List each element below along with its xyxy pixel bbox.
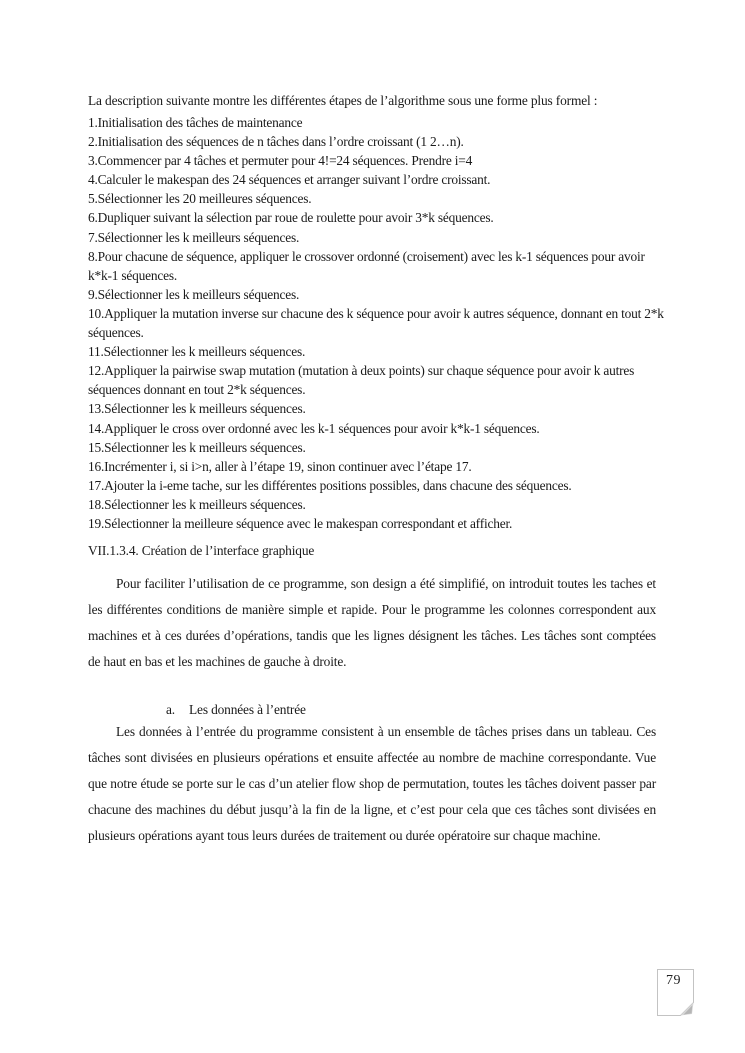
step-item: 2.Initialisation des séquences de n tâch…	[88, 132, 666, 151]
subsection-heading: a.Les données à l’entrée	[88, 701, 656, 719]
intro-paragraph: La description suivante montre les diffé…	[88, 88, 656, 113]
step-item: 7.Sélectionner les k meilleurs séquences…	[88, 228, 666, 247]
step-item: 18.Sélectionner les k meilleurs séquence…	[88, 495, 666, 514]
step-item: 4.Calculer le makespan des 24 séquences …	[88, 170, 666, 189]
step-item: 10.Appliquer la mutation inverse sur cha…	[88, 304, 666, 342]
input-data-paragraph: Les données à l’entrée du programme cons…	[88, 719, 656, 849]
algorithm-steps-list: 1.Initialisation des tâches de maintenan…	[88, 113, 666, 533]
step-item: 12.Appliquer la pairwise swap mutation (…	[88, 361, 666, 399]
page-number: 79	[657, 973, 690, 989]
step-item: 6.Dupliquer suivant la sélection par rou…	[88, 208, 666, 227]
step-item: 8.Pour chacune de séquence, appliquer le…	[88, 247, 666, 285]
subsection-title: Les données à l’entrée	[189, 702, 306, 717]
page-content: La description suivante montre les diffé…	[88, 88, 656, 849]
step-item: 13.Sélectionner les k meilleurs séquence…	[88, 399, 666, 418]
step-item: 15.Sélectionner les k meilleurs séquence…	[88, 438, 666, 457]
step-item: 1.Initialisation des tâches de maintenan…	[88, 113, 666, 132]
step-item: 16.Incrémenter i, si i>n, aller à l’étap…	[88, 457, 666, 476]
document-page: La description suivante montre les diffé…	[0, 0, 745, 1053]
step-item: 14.Appliquer le cross over ordonné avec …	[88, 419, 666, 438]
step-item: 9.Sélectionner les k meilleurs séquences…	[88, 285, 666, 304]
step-item: 3.Commencer par 4 tâches et permuter pou…	[88, 151, 666, 170]
subsection-label: a.	[166, 701, 175, 719]
step-item: 17.Ajouter la i-eme tache, sur les diffé…	[88, 476, 666, 495]
interface-paragraph: Pour faciliter l’utilisation de ce progr…	[88, 571, 656, 675]
step-item: 19.Sélectionner la meilleure séquence av…	[88, 514, 666, 533]
section-heading: VII.1.3.4. Création de l’interface graph…	[88, 541, 656, 561]
page-number-box: 79	[657, 969, 694, 1016]
step-item: 5.Sélectionner les 20 meilleures séquenc…	[88, 189, 666, 208]
step-item: 11.Sélectionner les k meilleurs séquence…	[88, 342, 666, 361]
